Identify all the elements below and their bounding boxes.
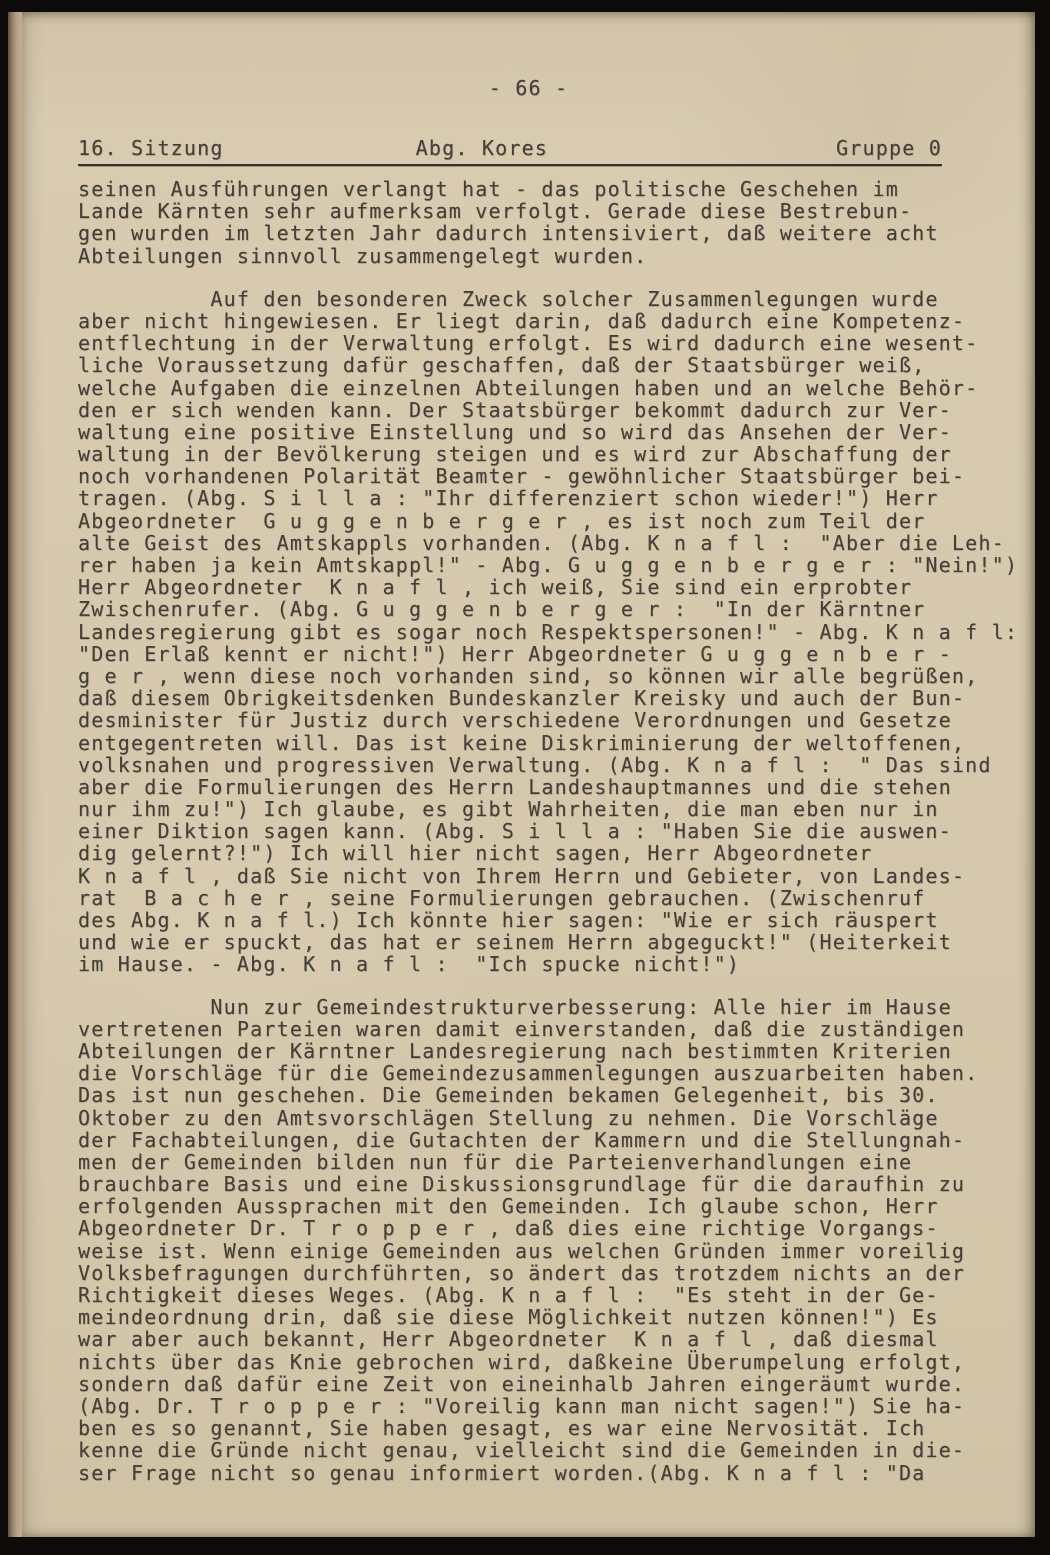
text-line: liche Voraussetzung dafür geschaffen, da…	[78, 354, 1025, 376]
text-line: Zwischenrufer. (Abg. G u g g e n b e r g…	[78, 598, 1025, 620]
text-line: ben es so genannt, Sie haben gesagt, es …	[78, 1417, 1025, 1439]
text-line: Auf den besonderen Zweck solcher Zusamme…	[78, 288, 1025, 310]
text-line: tragen. (Abg. S i l l a : "Ihr differenz…	[78, 487, 1025, 509]
document-body: seinen Ausführungen verlangt hat - das p…	[78, 178, 1025, 1484]
text-line: und wie er spuckt, das hat er seinem Her…	[78, 931, 1025, 953]
paragraph-intro: seinen Ausführungen verlangt hat - das p…	[78, 178, 1025, 267]
text-line: alte Geist des Amtskappls vorhanden. (Ab…	[78, 532, 1025, 554]
text-line: noch vorhandenen Polarität Beamter - gew…	[78, 465, 1025, 487]
text-line: waltung eine positive Einstellung und so…	[78, 421, 1025, 443]
text-line: Herr Abgeordneter K n a f l , ich weiß, …	[78, 576, 1025, 598]
text-line: aber die Formulierungen des Herrn Landes…	[78, 776, 1025, 798]
header-group-label: Gruppe 0	[836, 136, 942, 160]
text-line: brauchbare Basis und eine Diskussionsgru…	[78, 1173, 1025, 1195]
text-line: vertretenen Parteien waren damit einvers…	[78, 1018, 1025, 1040]
paragraph-zusammenlegungen: Auf den besonderen Zweck solcher Zusamme…	[78, 288, 1025, 976]
text-line: volksnahen und progressiven Verwaltung. …	[78, 754, 1025, 776]
text-line: meindeordnung drin, daß sie diese Möglic…	[78, 1306, 1025, 1328]
text-line: im Hause. - Abg. K n a f l : "Ich spucke…	[78, 953, 1025, 975]
text-line: Nun zur Gemeindestrukturverbesserung: Al…	[78, 996, 1025, 1018]
text-line: rer haben ja kein Amtskappl!" - Abg. G u…	[78, 554, 1025, 576]
text-line: gen wurden im letzten Jahr dadurch inten…	[78, 222, 1025, 244]
text-line: Abteilungen der Kärntner Landesregierung…	[78, 1040, 1025, 1062]
text-line: welche Aufgaben die einzelnen Abteilunge…	[78, 377, 1025, 399]
text-line: weise ist. Wenn einige Gemeinden aus wel…	[78, 1240, 1025, 1262]
header-speaker-label: Abg. Kores	[416, 136, 548, 160]
text-line: des Abg. K n a f l.) Ich könnte hier sag…	[78, 909, 1025, 931]
book-edge	[8, 12, 22, 1537]
text-line: aber nicht hingewiesen. Er liegt darin, …	[78, 310, 1025, 332]
text-line: nur ihm zu!") Ich glaube, es gibt Wahrhe…	[78, 798, 1025, 820]
text-line: Abteilungen sinnvoll zusammengelegt wurd…	[78, 245, 1025, 267]
text-line: den er sich wenden kann. Der Staatsbürge…	[78, 399, 1025, 421]
text-line: K n a f l , daß Sie nicht von Ihrem Herr…	[78, 865, 1025, 887]
text-line: Oktober zu den Amtsvorschlägen Stellung …	[78, 1107, 1025, 1129]
text-line: desminister für Justiz durch verschieden…	[78, 709, 1025, 731]
paragraph-gemeindestruktur: Nun zur Gemeindestrukturverbesserung: Al…	[78, 996, 1025, 1484]
text-line: entflechtung in der Verwaltung erfolgt. …	[78, 332, 1025, 354]
document-page: - 66 - 16. Sitzung Abg. Kores Gruppe 0 s…	[22, 12, 1035, 1537]
text-line: daß diesem Obrigkeitsdenken Bundeskanzle…	[78, 687, 1025, 709]
text-line: Lande Kärnten sehr aufmerksam verfolgt. …	[78, 200, 1025, 222]
text-line: war aber auch bekannt, Herr Abgeordneter…	[78, 1328, 1025, 1350]
text-line: (Abg. Dr. T r o p p e r : "Voreilig kann…	[78, 1395, 1025, 1417]
text-line: dig gelernt?!") Ich will hier nicht sage…	[78, 842, 1025, 864]
text-line: kenne die Gründe nicht genau, vielleicht…	[78, 1439, 1025, 1461]
text-line: g e r , wenn diese noch vorhanden sind, …	[78, 665, 1025, 687]
text-line: seinen Ausführungen verlangt hat - das p…	[78, 178, 1025, 200]
page-number: - 66 -	[22, 76, 1035, 100]
text-line: waltung in der Bevölkerung steigen und e…	[78, 443, 1025, 465]
text-line: Das ist nun geschehen. Die Gemeinden bek…	[78, 1084, 1025, 1106]
text-line: men der Gemeinden bilden nun für die Par…	[78, 1151, 1025, 1173]
text-line: Abgeordneter Dr. T r o p p e r , daß die…	[78, 1217, 1025, 1239]
text-line: die Vorschläge für die Gemeindezusammenl…	[78, 1062, 1025, 1084]
text-line: erfolgenden Aussprachen mit den Gemeinde…	[78, 1195, 1025, 1217]
text-line: Landesregierung gibt es sogar noch Respe…	[78, 621, 1025, 643]
text-line: der Fachabteilungen, die Gutachten der K…	[78, 1129, 1025, 1151]
session-header: 16. Sitzung Abg. Kores Gruppe 0	[78, 136, 942, 166]
text-line: Richtigkeit dieses Weges. (Abg. K n a f …	[78, 1284, 1025, 1306]
text-line: nichts über das Knie gebrochen wird, daß…	[78, 1351, 1025, 1373]
text-line: "Den Erlaß kennt er nicht!") Herr Abgeor…	[78, 643, 1025, 665]
text-line: rat B a c h e r , seine Formulierungen g…	[78, 887, 1025, 909]
text-line: Abgeordneter G u g g e n b e r g e r , e…	[78, 510, 1025, 532]
text-line: ser Frage nicht so genau informiert word…	[78, 1462, 1025, 1484]
text-line: sondern daß dafür eine Zeit von eineinha…	[78, 1373, 1025, 1395]
text-line: einer Diktion sagen kann. (Abg. S i l l …	[78, 820, 1025, 842]
text-line: entgegentreten will. Das ist keine Diskr…	[78, 732, 1025, 754]
text-line: Volksbefragungen durchführten, so ändert…	[78, 1262, 1025, 1284]
header-session-label: 16. Sitzung	[78, 136, 224, 160]
